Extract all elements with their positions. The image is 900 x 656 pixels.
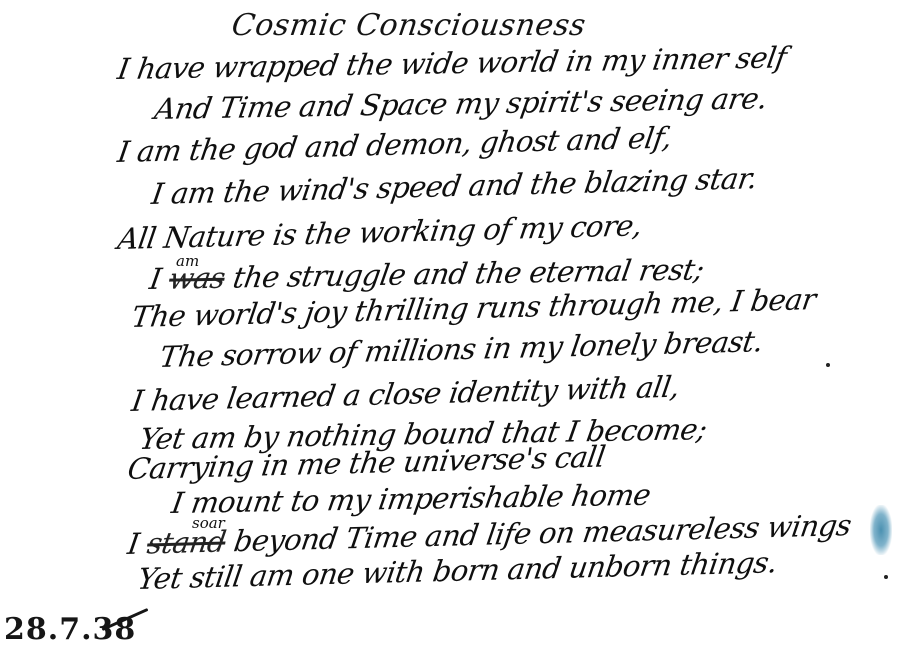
poem-line-3: I am the god and demon, ghost and elf, bbox=[115, 120, 673, 169]
poem-line-5: All Nature is the working of my core, bbox=[115, 208, 644, 256]
poem-line-1: I have wrapped the wide world in my inne… bbox=[115, 40, 788, 86]
line-13-prefix: I bbox=[125, 527, 141, 561]
ink-dot bbox=[826, 363, 830, 367]
poem-line-9: I have learned a close identity with all… bbox=[129, 370, 681, 418]
date-annotation: 28.7.38 bbox=[4, 612, 136, 647]
poem-line-12: I mount to my imperishable home bbox=[169, 478, 653, 520]
inserted-correction: am bbox=[176, 252, 199, 270]
poem-line-8: The sorrow of millions in my lonely brea… bbox=[157, 324, 765, 374]
poem-line-2: And Time and Space my spirit's seeing ar… bbox=[152, 81, 769, 126]
line-6-prefix: I bbox=[147, 262, 163, 296]
ink-smudge bbox=[870, 505, 892, 555]
manuscript-page: Cosmic Consciousness I have wrapped the … bbox=[0, 0, 900, 656]
ink-dot bbox=[884, 575, 888, 579]
poem-title: Cosmic Consciousness bbox=[230, 8, 588, 43]
inserted-correction: soar bbox=[192, 514, 225, 532]
poem-line-4: I am the wind's speed and the blazing st… bbox=[149, 161, 759, 211]
